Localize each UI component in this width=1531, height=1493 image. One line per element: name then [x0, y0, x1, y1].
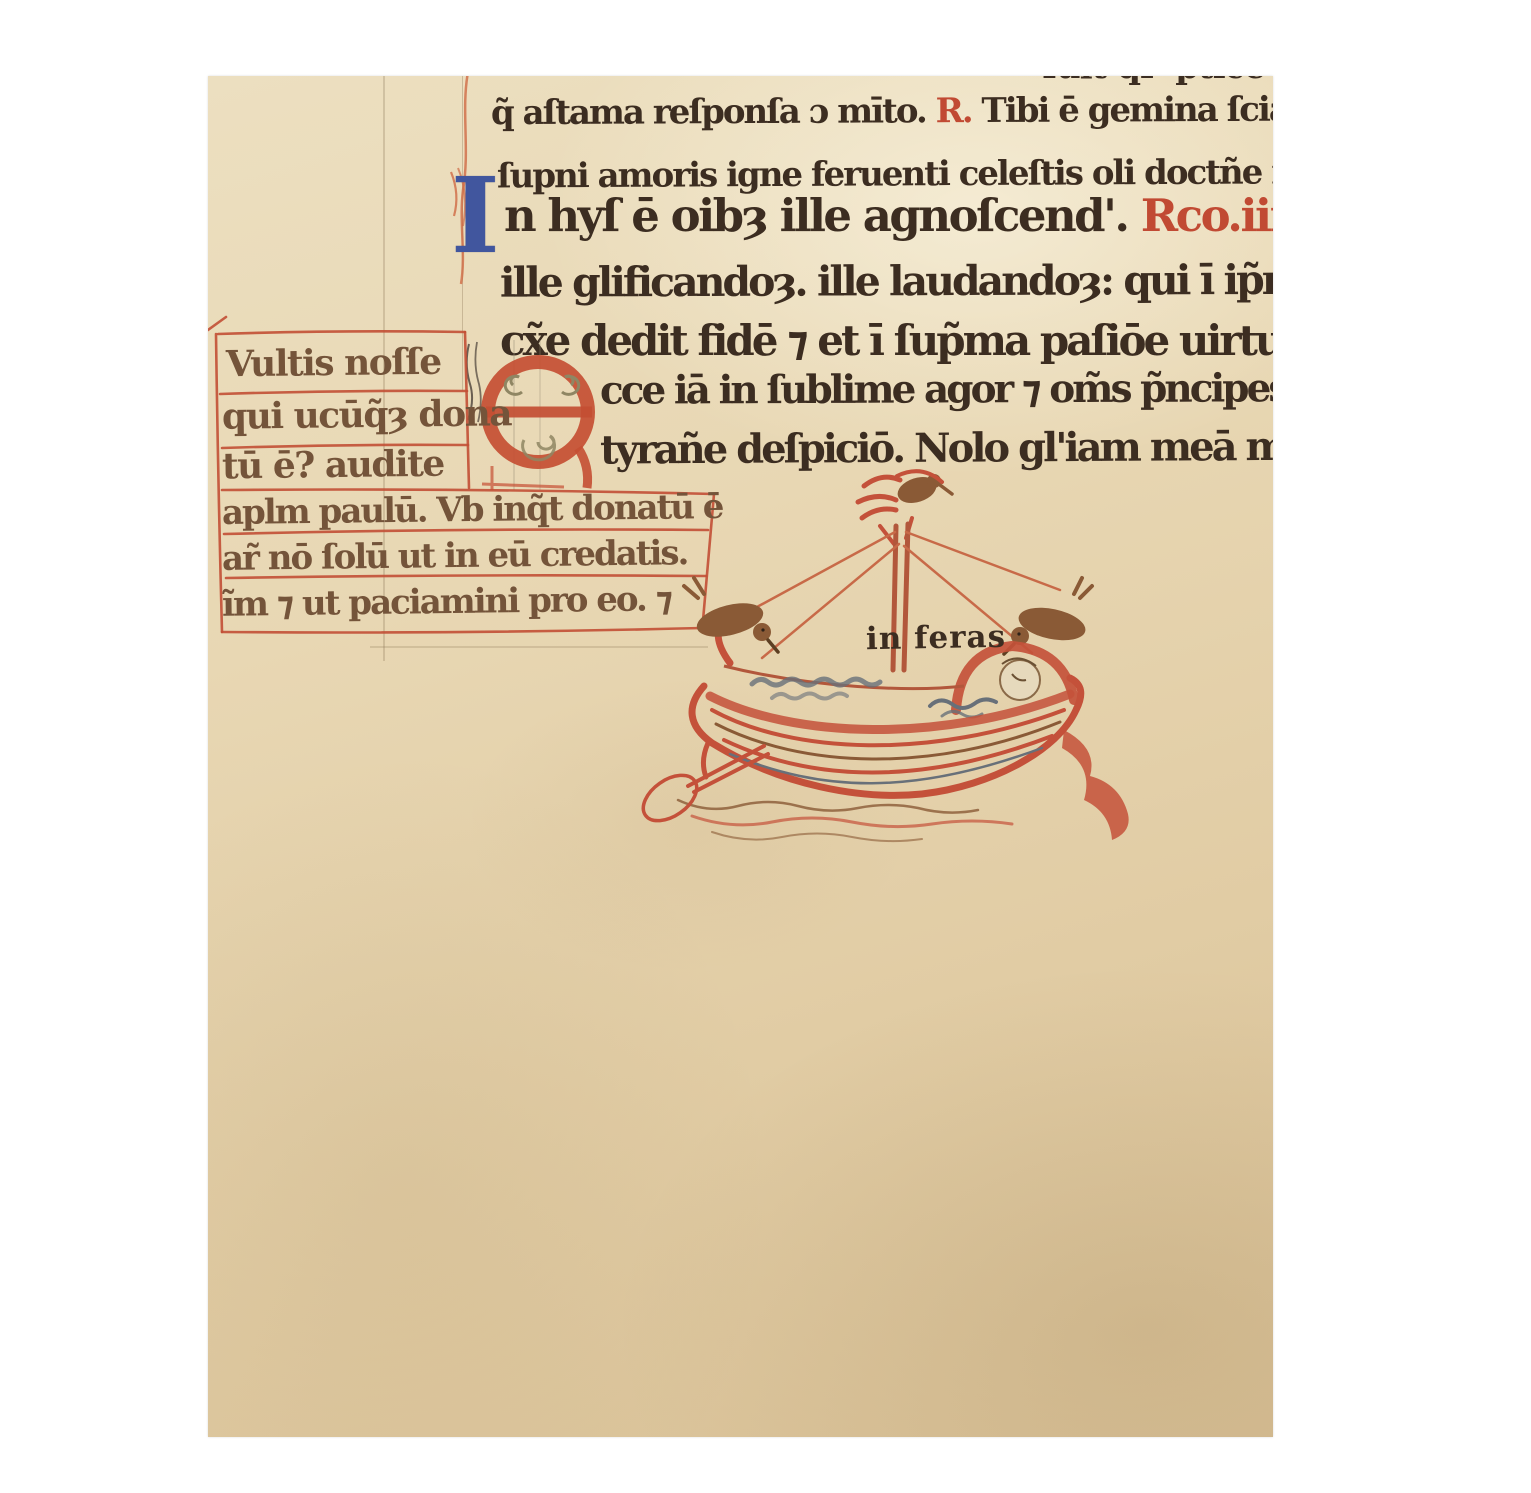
prow-bird-icon: [684, 578, 778, 652]
decorated-initial-i: I: [451, 164, 500, 268]
text-line-5-text: ille glificandoȝ. ille laudandoȝ: qui ī …: [500, 255, 1273, 306]
margin-note-line-3: tū ē? audite: [222, 443, 444, 488]
margin-note-line-1: Vultis noſſe: [226, 341, 441, 386]
ship-caption: in feras: [866, 619, 1007, 657]
red-streamer: [1062, 730, 1129, 840]
text-line-2: q̃ aſtama reſponſa ɔ mīto. R. Tibi ē gem…: [491, 90, 1273, 133]
text-line-4: n hyſ ē oibȝ ille agnoſcend'. Rco.iiij ſ…: [504, 190, 1273, 242]
text-line-1: ſuīt qſ· p̃tice: [653, 76, 1265, 87]
text-line-2-post: Tibi ē gemina ſcia pollenti ac: [972, 89, 1273, 131]
text-line-1-fragment: ſuīt qſ· p̃tice: [1042, 76, 1265, 87]
text-line-2-pre: q̃ aſtama reſponſa ɔ mīto.: [491, 91, 936, 133]
water-lines: [678, 800, 1012, 841]
reclining-figure: [930, 646, 1074, 717]
margin-note-line-2: qui ucūq̃ȝ dona: [222, 392, 512, 438]
margin-note-line-6: ĩm ⁊ ut paciamini pro eo. ⁊: [222, 579, 672, 624]
parchment-page: ſuīt qſ· p̃tice q̃ aſtama reſponſa ɔ mīt…: [208, 76, 1273, 1437]
responsory-mark: R.: [935, 91, 971, 131]
masthead-bird-icon: [858, 471, 952, 544]
text-line-4-body: n hyſ ē oibȝ ille agnoſcend'.: [504, 189, 1141, 242]
ship-drawing: [612, 448, 1192, 888]
text-line-5: ille glificandoȝ. ille laudandoȝ: qui ī …: [500, 256, 1273, 306]
manuscript-photo: ſuīt qſ· p̃tice q̃ aſtama reſponſa ɔ mīt…: [0, 0, 1531, 1493]
wave-scribbles: [752, 679, 880, 685]
rubric-lection-mark: Rco.iiij: [1141, 189, 1273, 242]
